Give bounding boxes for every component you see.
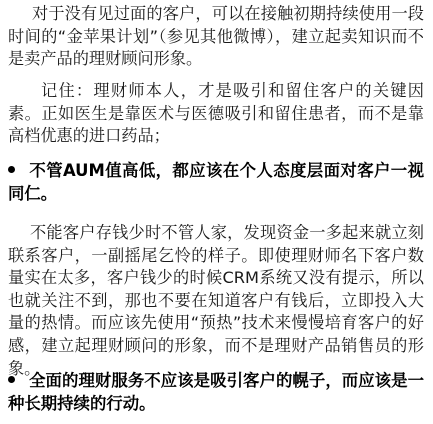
bullet-text: 不管AUM值高低，都应该在个人态度层面对客户一视同仁。 — [8, 161, 424, 203]
paragraph-preheat-technique: 不能客户存钱少时不管人家，发现资金一多起来就立刻联系客户，一副摇尾乞怜的样子。即… — [8, 222, 424, 380]
bullet-dot-icon — [8, 376, 15, 383]
paragraph-golden-apple-plan: 对于没有见过面的客户，可以在接触初期持续使用一段时间的“金苹果计划”（参见其他微… — [8, 3, 424, 71]
bullet-dot-icon — [8, 166, 15, 173]
paragraph-remember-advisor: 记住：理财师本人，才是吸引和留住客户的关键因素。正如医生是靠医术与医德吸引和留住… — [8, 80, 424, 148]
bullet-text: 全面的理财服务不应该是吸引客户的幌子，而应该是一种长期持续的行动。 — [8, 371, 424, 413]
bullet-item-long-term-service: 全面的理财服务不应该是吸引客户的幌子，而应该是一种长期持续的行动。 — [8, 369, 424, 415]
bullet-item-aum-equal-treatment: 不管AUM值高低，都应该在个人态度层面对客户一视同仁。 — [8, 159, 424, 205]
